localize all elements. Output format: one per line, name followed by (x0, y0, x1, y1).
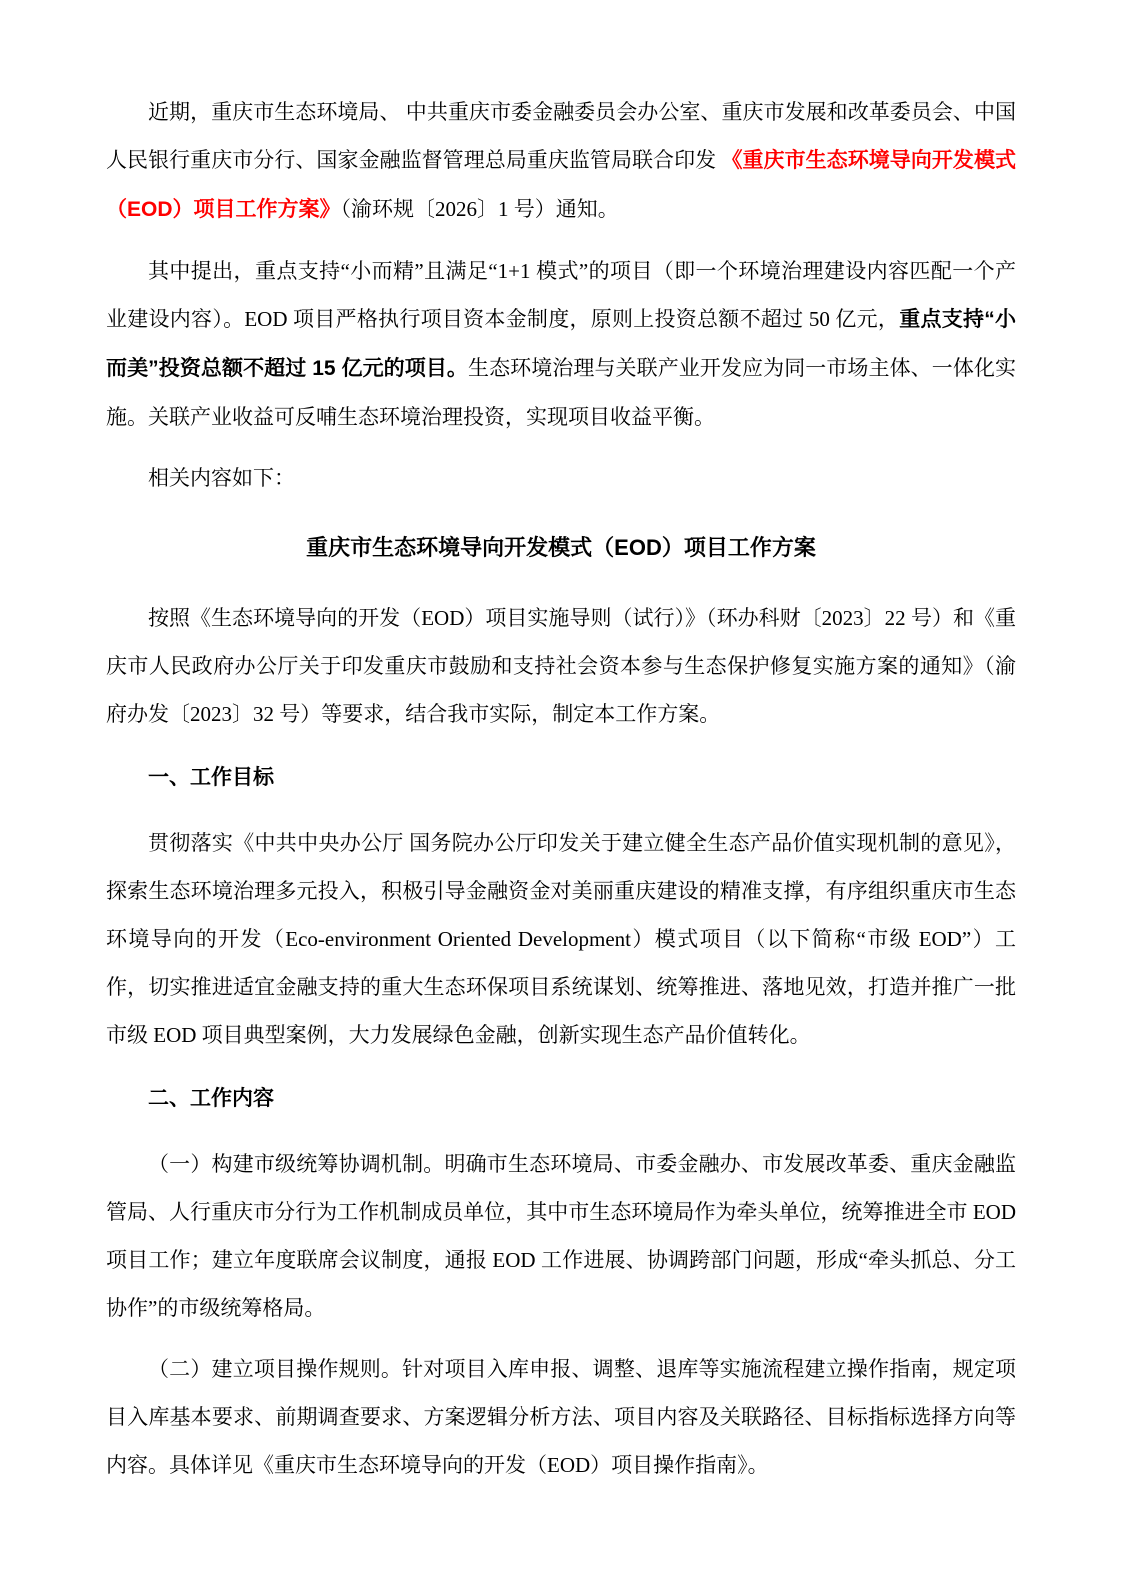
related-content-lead: 相关内容如下： (106, 454, 1016, 502)
text-run: （渝环规〔2026〕1 号）通知。 (341, 197, 619, 221)
text-run: 其中提出，重点支持“小而精”且满足“1+1 模式”的项目（即一个环境治理建设内容… (106, 259, 1016, 331)
section-1-body: 贯彻落实《中共中央办公厅 国务院办公厅印发关于建立健全生态产品价值实现机制的意见… (106, 819, 1016, 1059)
section-1-heading: 一、工作目标 (106, 754, 1016, 802)
text-run: 相关内容如下： (148, 466, 295, 490)
document-body: 近期，重庆市生态环境局、 中共重庆市委金融委员会办公室、重庆市发展和改革委员会、… (106, 88, 1016, 1489)
work-item-1: （一）构建市级统筹协调机制。明确市生态环境局、市委金融办、市发展改革委、重庆金融… (106, 1140, 1016, 1332)
section-heading-text: 二、工作内容 (148, 1087, 274, 1110)
work-item-2: （二）建立项目操作规则。针对项目入库申报、调整、退库等实施流程建立操作指南，规定… (106, 1345, 1016, 1489)
basis-paragraph: 按照《生态环境导向的开发（EOD）项目实施导则（试行）》（环办科财〔2023〕2… (106, 594, 1016, 738)
plan-title: 重庆市生态环境导向开发模式（EOD）项目工作方案 (106, 524, 1016, 572)
text-run: （二）建立项目操作规则。针对项目入库申报、调整、退库等实施流程建立操作指南，规定… (106, 1357, 1016, 1477)
text-run: 按照《生态环境导向的开发（EOD）项目实施导则（试行）》（环办科财〔2023〕2… (106, 606, 1016, 726)
text-run: （一）构建市级统筹协调机制。明确市生态环境局、市委金融办、市发展改革委、重庆金融… (106, 1152, 1016, 1320)
text-run: 贯彻落实《中共中央办公厅 国务院办公厅印发关于建立健全生态产品价值实现机制的意见… (106, 831, 1016, 1047)
key-points-paragraph: 其中提出，重点支持“小而精”且满足“1+1 模式”的项目（即一个环境治理建设内容… (106, 247, 1016, 441)
section-heading-text: 一、工作目标 (148, 766, 274, 789)
section-2-heading: 二、工作内容 (106, 1075, 1016, 1123)
intro-paragraph: 近期，重庆市生态环境局、 中共重庆市委金融委员会办公室、重庆市发展和改革委员会、… (106, 88, 1016, 234)
document-page: 近期，重庆市生态环境局、 中共重庆市委金融委员会办公室、重庆市发展和改革委员会、… (0, 0, 1122, 1587)
plan-title-text: 重庆市生态环境导向开发模式（EOD）项目工作方案 (306, 535, 816, 560)
